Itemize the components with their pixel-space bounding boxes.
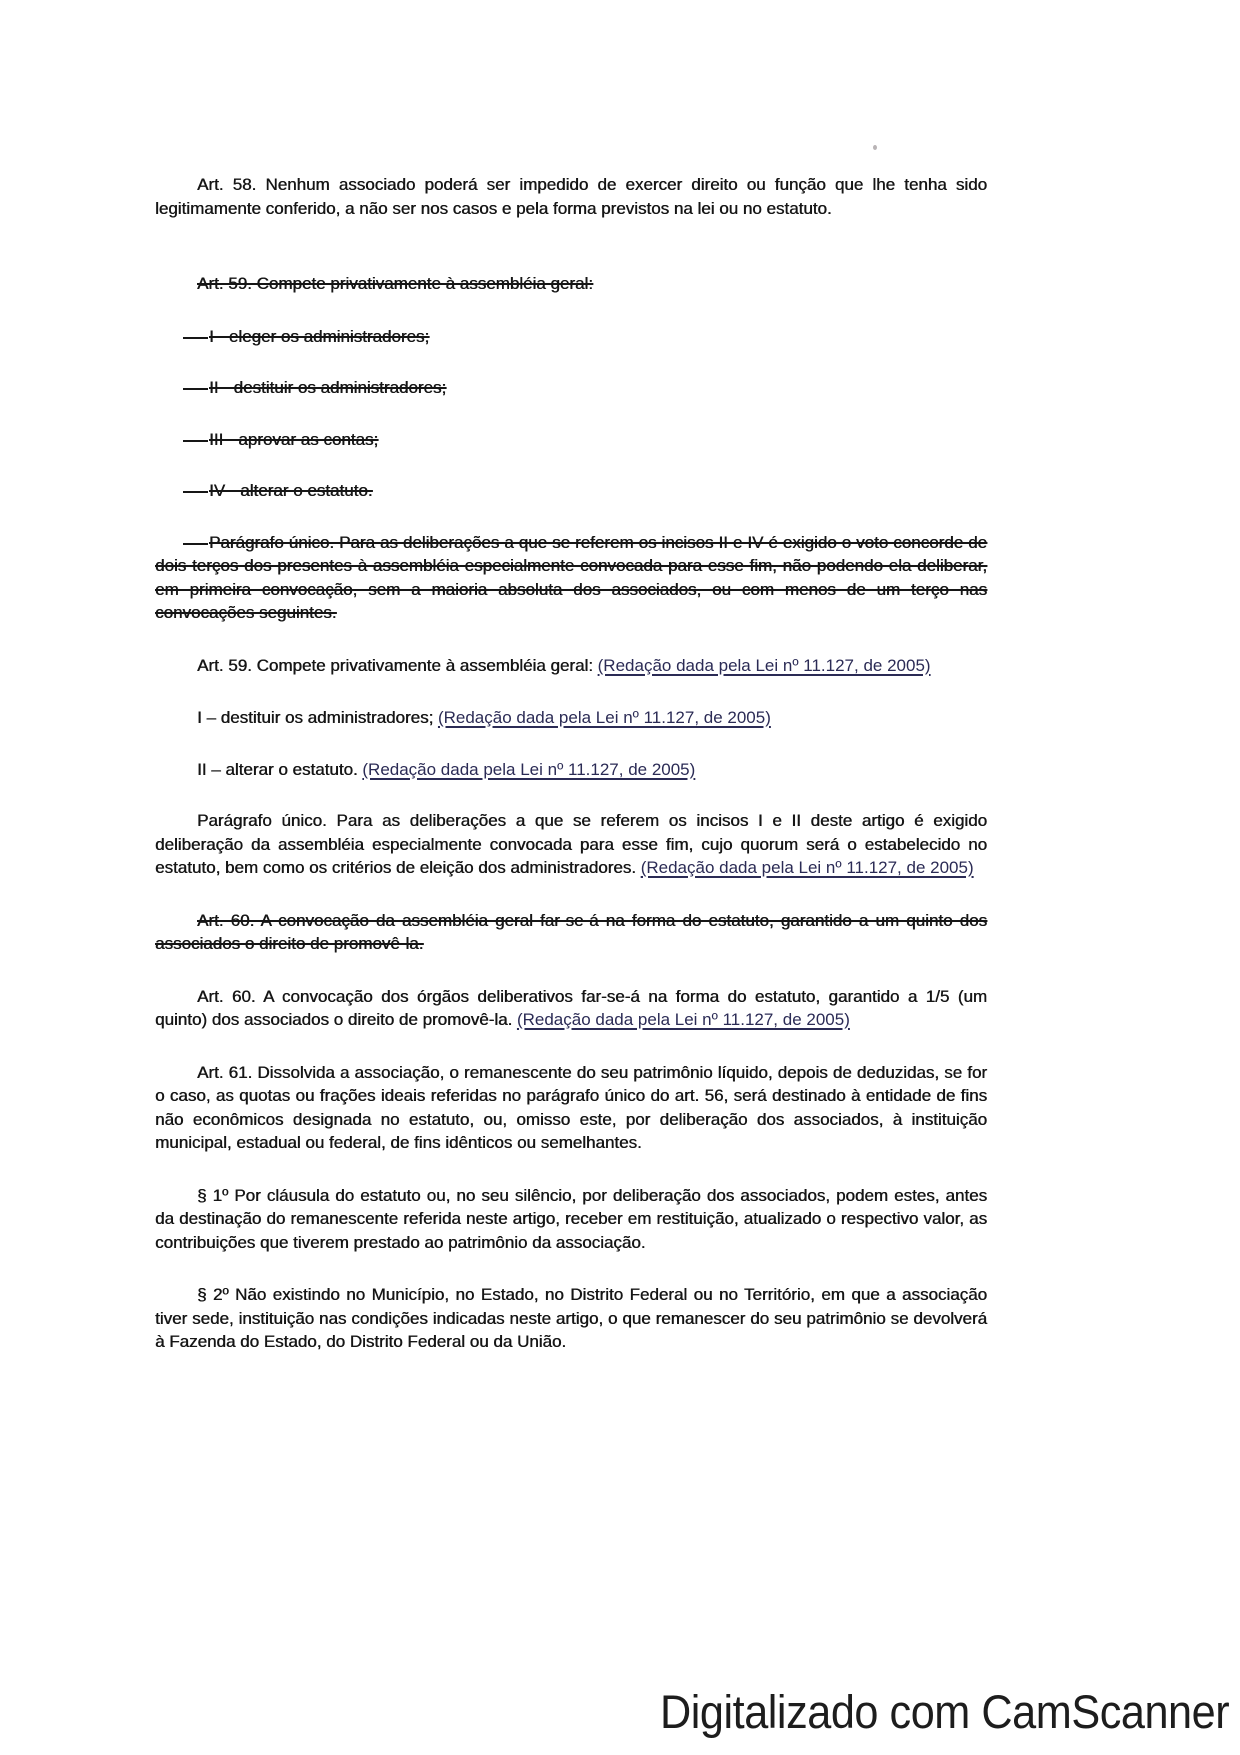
paragraph-art-59-old-paragrafo-unico: Parágrafo único. Para as deliberações a … — [155, 531, 987, 625]
paragraph-art-58: Art. 58. Nenhum associado poderá ser imp… — [155, 173, 987, 220]
strikethrough-lead-line — [183, 543, 208, 545]
body-text: I – destituir os administradores; — [197, 708, 438, 727]
document-body: Art. 58. Nenhum associado poderá ser imp… — [155, 173, 987, 1383]
struck-text: IV - alterar o estatuto. — [209, 481, 372, 500]
strikethrough-lead-line — [183, 388, 208, 390]
scanned-document-page: Art. 58. Nenhum associado poderá ser imp… — [0, 0, 1240, 1755]
struck-text: III - aprovar as contas; — [209, 430, 378, 449]
camscanner-watermark: Digitalizado com CamScanner — [660, 1694, 1240, 1755]
law-reference-link[interactable]: (Redação dada pela Lei nº 11.127, de 200… — [517, 1010, 850, 1029]
strikethrough-lead-line — [183, 337, 208, 339]
paragraph-art-59-new-paragrafo-unico: Parágrafo único. Para as deliberações a … — [155, 809, 987, 880]
struck-text: I - eleger os administradores; — [209, 327, 429, 346]
paragraph-art-59-old-inciso-3: III - aprovar as contas; — [155, 428, 987, 452]
scan-artifact-speck — [873, 145, 877, 150]
struck-text: Parágrafo único. Para as deliberações a … — [155, 533, 987, 623]
body-text: Art. 58. Nenhum associado poderá ser imp… — [155, 175, 987, 218]
struck-text: II - destituir os administradores; — [209, 378, 446, 397]
paragraph-art-59-old-inciso-1: I - eleger os administradores; — [155, 325, 987, 349]
body-text: Art. 59. Compete privativamente à assemb… — [197, 656, 598, 675]
paragraph-art-59-old-caput: Art. 59. Compete privativamente à assemb… — [155, 272, 987, 296]
paragraph-art-59-old-inciso-4: IV - alterar o estatuto. — [155, 479, 987, 503]
paragraph-art-59-new-inciso-2: II – alterar o estatuto. (Redação dada p… — [155, 758, 987, 782]
strikethrough-lead-line — [183, 440, 208, 442]
paragraph-art-61-par-1: § 1º Por cláusula do estatuto ou, no seu… — [155, 1184, 987, 1255]
body-text: II – alterar o estatuto. — [197, 760, 362, 779]
paragraph-art-59-new-inciso-1: I – destituir os administradores; (Redaç… — [155, 706, 987, 730]
paragraph-art-60-old: Art. 60. A convocação da assembléia gera… — [155, 909, 987, 956]
body-text: § 1º Por cláusula do estatuto ou, no seu… — [155, 1186, 987, 1252]
law-reference-link[interactable]: (Redação dada pela Lei nº 11.127, de 200… — [598, 656, 931, 675]
law-reference-link[interactable]: (Redação dada pela Lei nº 11.127, de 200… — [641, 858, 974, 877]
body-text: § 2º Não existindo no Município, no Esta… — [155, 1285, 987, 1351]
paragraph-art-59-new-caput: Art. 59. Compete privativamente à assemb… — [155, 654, 987, 678]
paragraph-art-61: Art. 61. Dissolvida a associação, o rema… — [155, 1061, 987, 1155]
law-reference-link[interactable]: (Redação dada pela Lei nº 11.127, de 200… — [362, 760, 695, 779]
struck-text: Art. 60. A convocação da assembléia gera… — [155, 911, 987, 954]
body-text: Art. 61. Dissolvida a associação, o rema… — [155, 1063, 987, 1153]
paragraph-art-60-new: Art. 60. A convocação dos órgãos deliber… — [155, 985, 987, 1032]
paragraph-art-61-par-2: § 2º Não existindo no Município, no Esta… — [155, 1283, 987, 1354]
strikethrough-lead-line — [183, 491, 208, 493]
paragraph-art-59-old-inciso-2: II - destituir os administradores; — [155, 376, 987, 400]
camscanner-watermark-text: Digitalizado com CamScanner — [660, 1694, 1194, 1735]
struck-text: Art. 59. Compete privativamente à assemb… — [197, 274, 593, 293]
law-reference-link[interactable]: (Redação dada pela Lei nº 11.127, de 200… — [438, 708, 771, 727]
